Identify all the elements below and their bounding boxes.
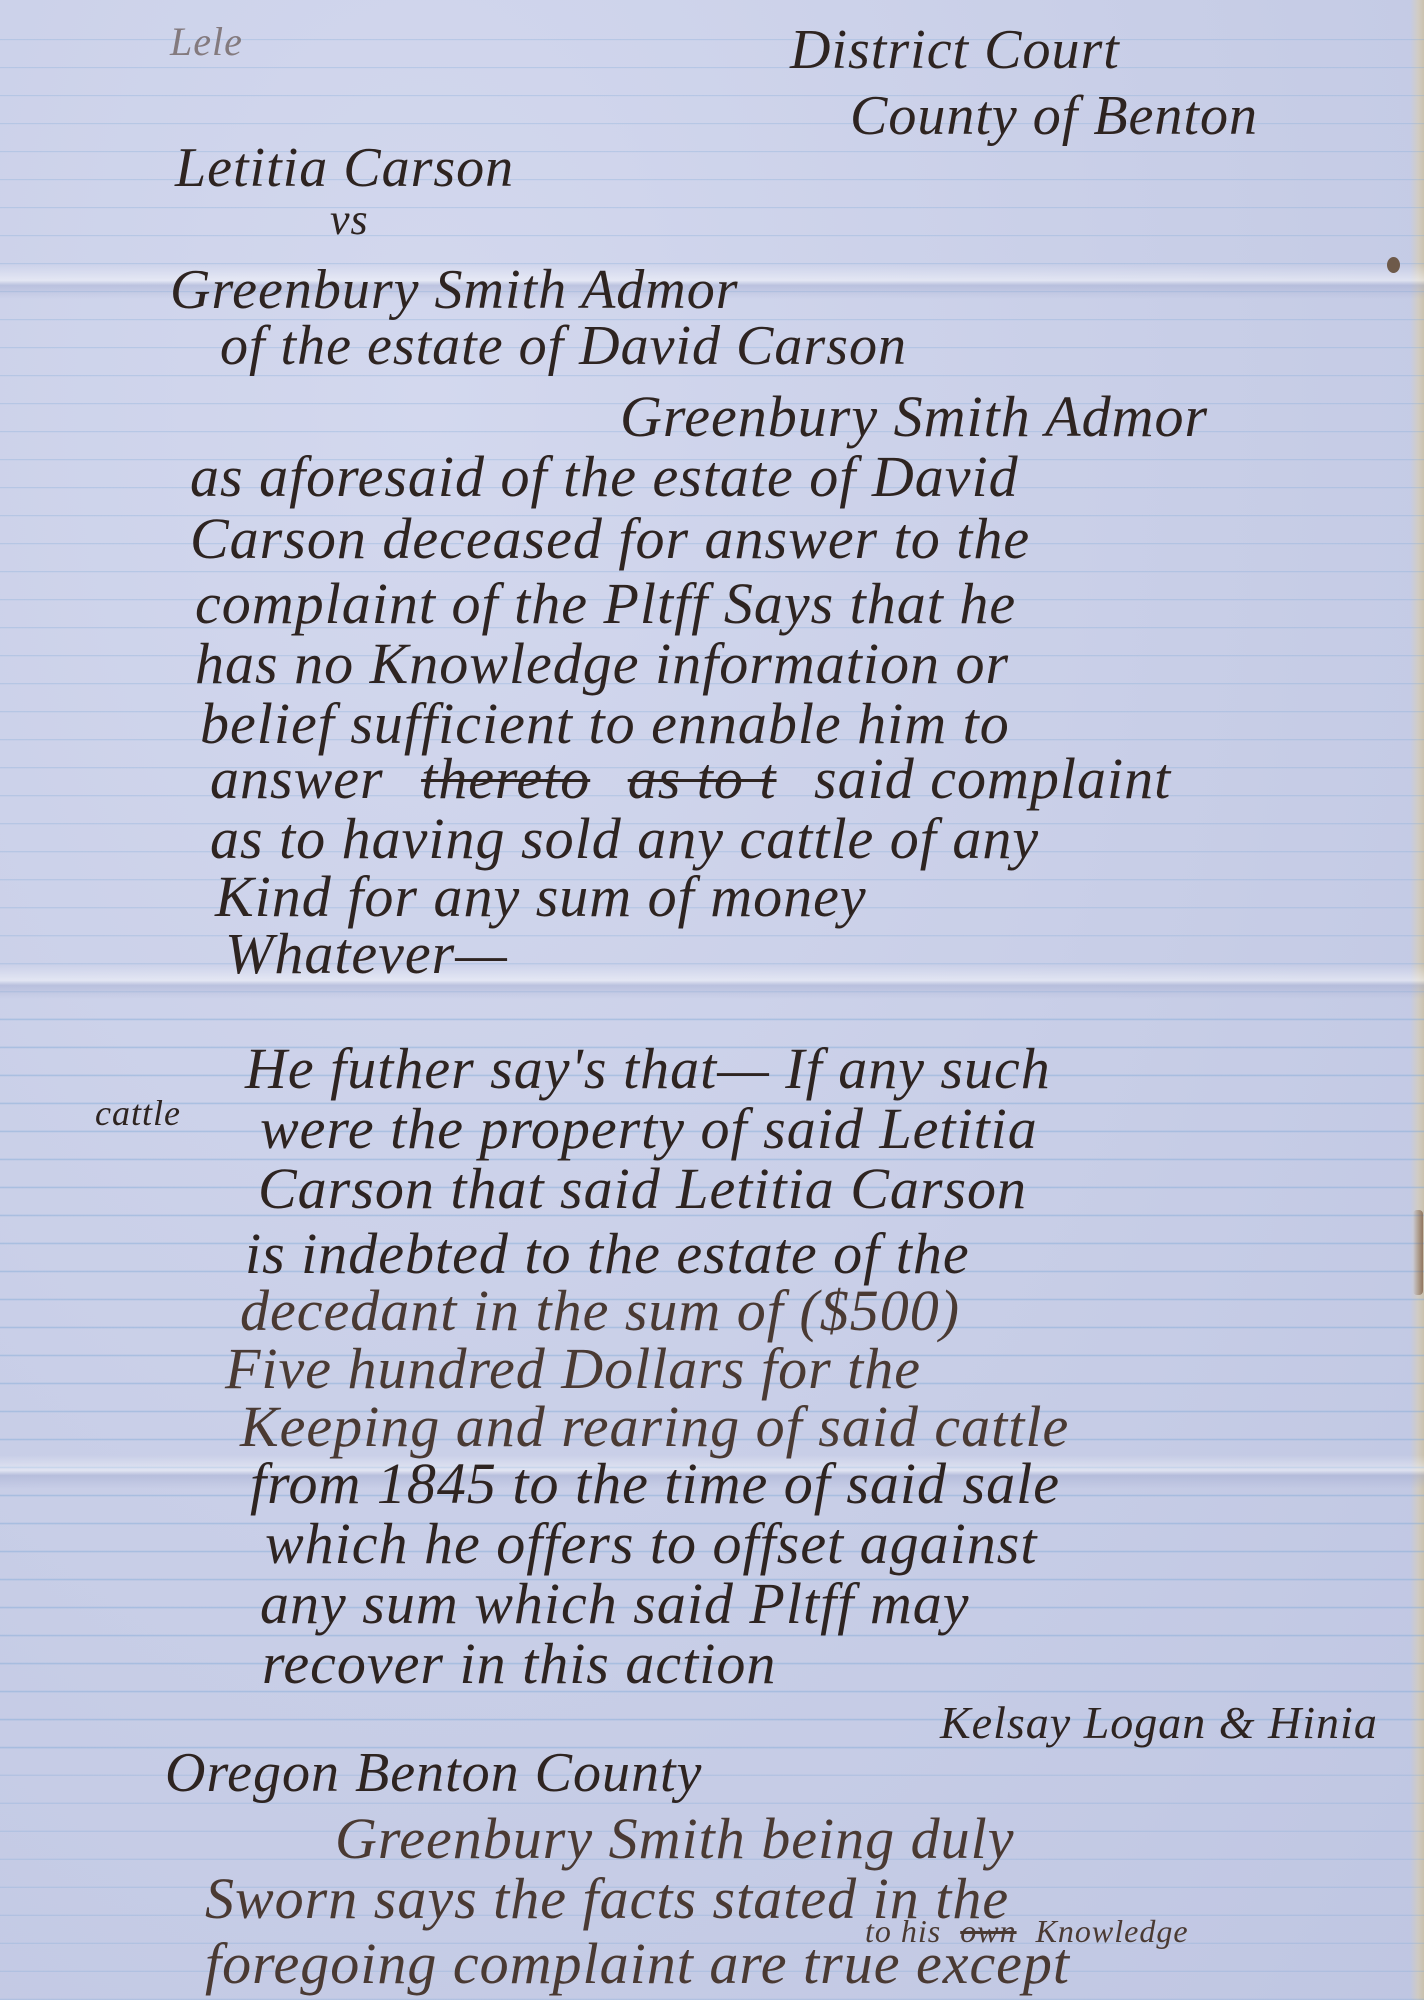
attorney-signature: Kelsay Logan & Hinia (940, 1700, 1378, 1746)
text-line: He futher say's that— If any such (245, 1040, 1051, 1098)
text-line: which he offers to offset against (265, 1515, 1037, 1573)
text-line: Keeping and rearing of said cattle (240, 1398, 1069, 1456)
margin-note: cattle (95, 1095, 181, 1131)
corner-notation: Lele (170, 22, 243, 62)
defendant-name: Greenbury Smith Admor (170, 262, 739, 318)
text-line: is indebted to the estate of the (245, 1225, 970, 1283)
venue-line: Oregon Benton County (165, 1745, 702, 1801)
text-line: from 1845 to the time of said sale (250, 1455, 1060, 1513)
text-word: said complaint (814, 746, 1171, 811)
text-word: answer (210, 746, 384, 811)
county-name: County of Benton (850, 88, 1258, 144)
text-line: as aforesaid of the estate of David (190, 448, 1019, 506)
struck-word: as to t (628, 746, 777, 811)
text-line: Whatever— (225, 925, 508, 983)
defendant-estate: of the estate of David Carson (220, 318, 907, 374)
document-page: Lele District Court County of Benton Let… (0, 0, 1424, 2000)
versus-label: vs (330, 198, 369, 242)
plaintiff-name: Letitia Carson (175, 140, 514, 196)
text-line: answer thereto as to t said complaint (210, 750, 1171, 808)
struck-word: thereto (421, 746, 590, 811)
court-name: District Court (790, 22, 1120, 78)
text-line: complaint of the Pltff Says that he (195, 575, 1016, 633)
text-line: foregoing complaint are true except (205, 1935, 1070, 1993)
ink-blot (1387, 257, 1400, 273)
text-line: as to having sold any cattle of any (210, 810, 1039, 868)
text-line: any sum which said Pltff may (260, 1575, 969, 1633)
text-line: has no Knowledge information or (195, 635, 1009, 693)
text-line: recover in this action (262, 1635, 776, 1693)
text-line: Kind for any sum of money (215, 868, 867, 926)
text-line: Five hundred Dollars for the (225, 1340, 921, 1398)
edge-stain (1413, 1210, 1423, 1295)
text-line: Carson deceased for answer to the (190, 510, 1030, 568)
text-line: Greenbury Smith Admor (620, 388, 1208, 446)
text-line: Greenbury Smith being duly (335, 1810, 1014, 1868)
text-line: decedant in the sum of ($500) (240, 1282, 960, 1340)
text-line: belief sufficient to ennable him to (200, 695, 1010, 753)
text-line: Carson that said Letitia Carson (258, 1160, 1027, 1218)
text-line: were the property of said Letitia (260, 1100, 1038, 1158)
paper-fold (0, 965, 1424, 999)
